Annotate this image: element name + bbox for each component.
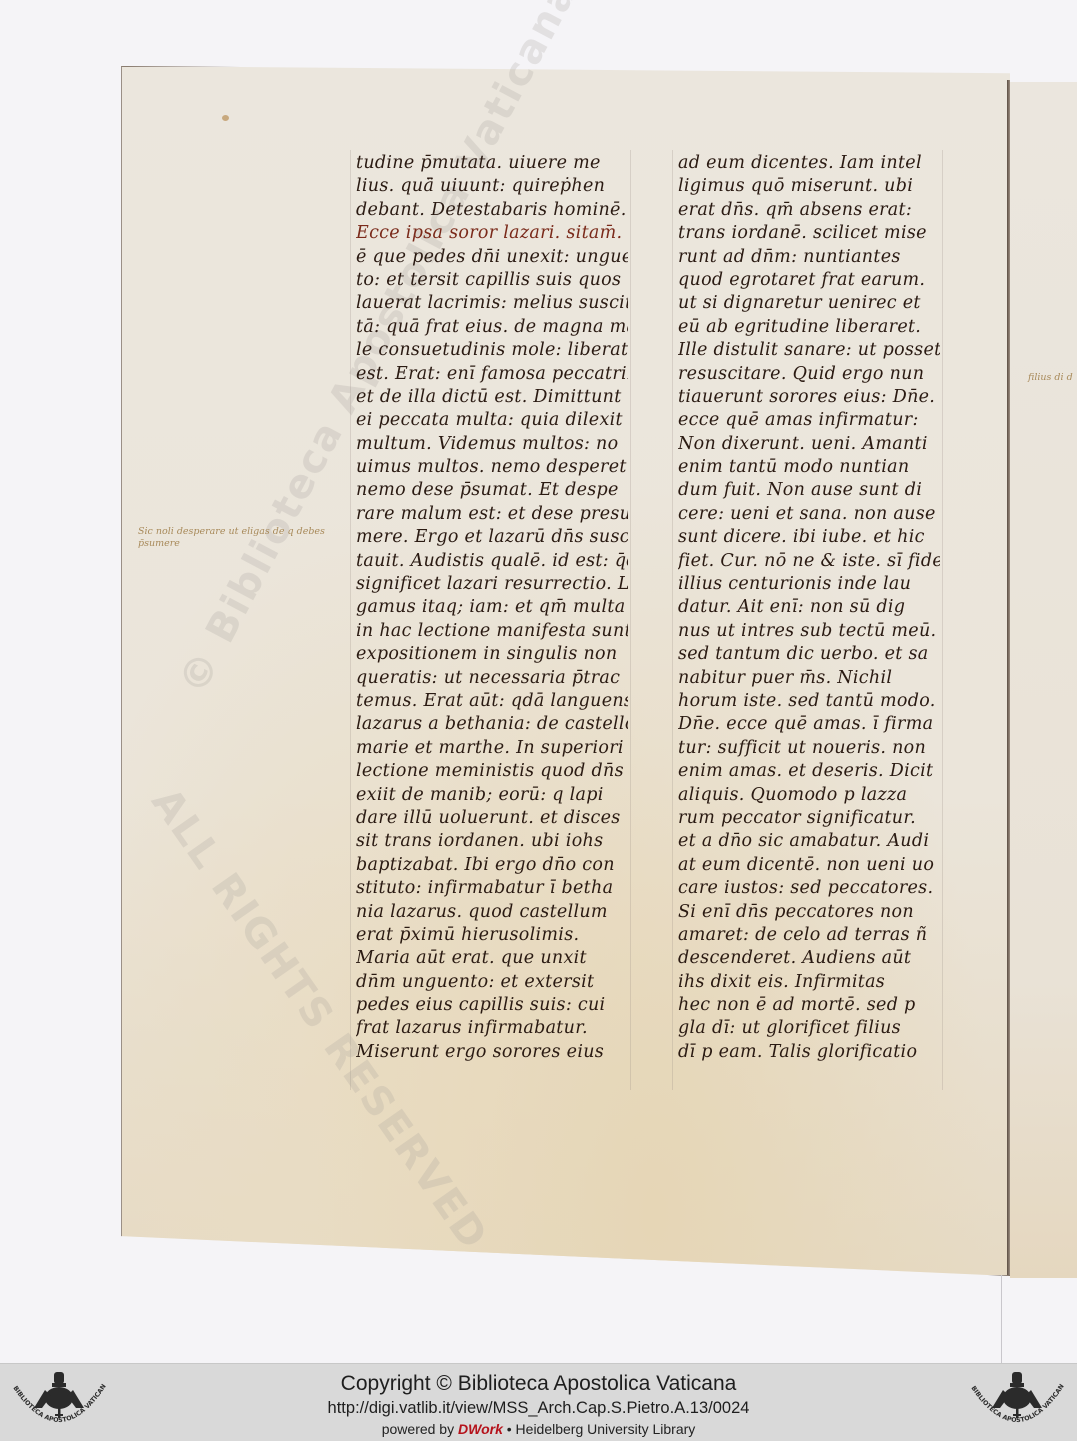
text-line: dī p eam. Talis glorificatio [678, 1041, 940, 1064]
text-line: baptizabat. Ibi ergo dn̄o con [356, 854, 628, 877]
vatican-library-logo-icon: BIBLIOTECA APOSTOLICA VATICANA [962, 1368, 1072, 1438]
text-line: sunt dicere. ibi iube. et hic [678, 526, 940, 549]
text-line: ut si dignaretur uenirec et [678, 292, 940, 315]
text-line: dare illū uoluerunt. et disces [356, 807, 628, 830]
text-line: expositionem in singulis non [356, 643, 628, 666]
text-line: in hac lectione manifesta sunt. [356, 620, 628, 643]
text-line: mere. Ergo et lazarū dn̄s susci [356, 526, 628, 549]
text-line: ligimus quō miserunt. ubi [678, 175, 940, 198]
manuscript-scan: © Biblioteca Apostolica Vaticana ALL RIG… [0, 0, 1077, 1363]
text-line: uimus multos. nemo desperet. [356, 456, 628, 479]
text-line: aliquis. Quomodo p lazza [678, 784, 940, 807]
binding-gutter [1007, 80, 1010, 1275]
text-line: fiet. Cur. nō ne & iste. sī fides [678, 550, 940, 573]
text-line: sit trans iordanen. ubi iohs [356, 830, 628, 853]
text-line: trans iordanē. scilicet mise [678, 222, 940, 245]
text-line: frat̄ lazarus infirmabatur. [356, 1017, 628, 1040]
text-line: Ille distulit sanare: ut posset [678, 339, 940, 362]
text-line: eū ab egritudine liberaret. [678, 316, 940, 339]
text-line: multum. Videmus multos: no [356, 433, 628, 456]
text-line: ē que pedes dn̄i unexit: unguen [356, 246, 628, 269]
text-line: rum peccator significatur. [678, 807, 940, 830]
text-line: queratis: ut necessaria p̄trac [356, 667, 628, 690]
text-line: et a dn̄o sic amabatur. Audi [678, 830, 940, 853]
text-line: horum iste. sed tantū modo. [678, 690, 940, 713]
text-line: resuscitare. Quid ergo nun [678, 363, 940, 386]
text-line: marie et marthe. In superiori [356, 737, 628, 760]
text-line: at eum dicentē. non ueni uo [678, 854, 940, 877]
text-line: ad eum dicentes. Iam intel [678, 152, 940, 175]
margin-note-left: Sic noli desperare ut eligas de q debes … [138, 526, 338, 550]
text-line: gamus itaq; iam: et qm̄ multa [356, 596, 628, 619]
text-line: pedes eius capillis suis: cui [356, 994, 628, 1017]
copyright-text: Copyright © Biblioteca Apostolica Vatica… [0, 1372, 1077, 1396]
powered-by-line: powered by DWork • Heidelberg University… [0, 1421, 1077, 1437]
text-line: tudine p̄mutata. uiuere me [356, 152, 628, 175]
text-line: lectione meministis quod dn̄s [356, 760, 628, 783]
text-line: rare malum est: et dese presu [356, 503, 628, 526]
text-line: amaret: de celo ad terras ñ [678, 924, 940, 947]
text-line: le consuetudinis mole: liberata [356, 339, 628, 362]
text-line: ei peccata multa: quia dilexit [356, 409, 628, 432]
text-line: ih̄s dixit eis. Infirmitas [678, 971, 940, 994]
fold-line [1001, 1275, 1002, 1363]
text-line: gl̄a dī: ut glorificet filius [678, 1017, 940, 1040]
text-line: hec non ē ad mortē. sed p [678, 994, 940, 1017]
text-column-right: ad eum dicentes. Iam intel ligimus quō m… [678, 152, 940, 1064]
text-line: nus ut intres sub tectū meū. [678, 620, 940, 643]
text-line: stituto: infirmabatur ī betha [356, 877, 628, 900]
text-line: descenderet. Audiens aūt [678, 947, 940, 970]
text-line: nia lazarus. quod castellum [356, 901, 628, 924]
text-line: et de illa dictū est. Dimittunt̄ [356, 386, 628, 409]
text-line: significet lazari resurrectio. Le [356, 573, 628, 596]
text-line: exiit de manib; eorū: q lapi [356, 784, 628, 807]
text-line: nemo dese p̄sumat. Et despe [356, 479, 628, 502]
text-line: erat p̄ximū hierusolimis. [356, 924, 628, 947]
text-line: lauerat lacrimis: melius suscita [356, 292, 628, 315]
copyright-footer: BIBLIOTECA APOSTOLICA VATICANA Copyright… [0, 1363, 1077, 1441]
ruling-line [350, 150, 351, 1090]
text-line: debant. Detestabaris hominē. [356, 199, 628, 222]
text-line: enim amas. et deseris. Dicit [678, 760, 940, 783]
text-line: to: et tersit capillis suis quos [356, 269, 628, 292]
text-line: est. Erat: enī famosa peccatrix. [356, 363, 628, 386]
margin-note-right: filius di d [1028, 372, 1077, 384]
text-line: Non dixerunt. ueni. Amanti [678, 433, 940, 456]
text-line: Ecce ipsa soror lazari. sitam̄. ipsa. [356, 222, 628, 245]
text-line: enim tantū modo nuntian [678, 456, 940, 479]
text-line: cere: ueni et sana. non ause [678, 503, 940, 526]
text-line: tā: quā frat̄ eius. de magna ma [356, 316, 628, 339]
text-line: sed tantum dic uerbo. et sa [678, 643, 940, 666]
ruling-line [630, 150, 631, 1090]
text-line: tur: sufficit ut noueris. non [678, 737, 940, 760]
text-column-left: tudine p̄mutata. uiuere me lius. quā̈ ui… [356, 152, 628, 1064]
text-line: tauit. Audistis qualē. id est: q̄d [356, 550, 628, 573]
text-line: tiauerunt sorores eius: Dn̄e. [678, 386, 940, 409]
text-line: quod egrotaret frat̄ earum. [678, 269, 940, 292]
ink-spot [222, 115, 229, 121]
powered-by-prefix: powered by [382, 1421, 454, 1437]
text-line: Si enī dn̄s peccatores non [678, 901, 940, 924]
text-line: temus. Erat aūt: qdā languens [356, 690, 628, 713]
heidelberg-credit: • Heidelberg University Library [507, 1421, 696, 1437]
text-line: dum fuit. Non ause sunt di [678, 479, 940, 502]
text-line: ecce quē amas infirmatur: [678, 409, 940, 432]
ruling-line [942, 150, 943, 1090]
text-line: erat dn̄s. qm̄ absens erat: [678, 199, 940, 222]
text-line: illius centurionis inde lau [678, 573, 940, 596]
text-line: Maria aūt erat. que unxit [356, 947, 628, 970]
text-line: runt ad dn̄m: nuntiantes [678, 246, 940, 269]
text-line: Dn̄e. ecce quē amas. ī firma [678, 713, 940, 736]
text-line: Miserunt ergo sorores eius [356, 1041, 628, 1064]
text-line: care iustos: sed peccatores. [678, 877, 940, 900]
ruling-line [672, 150, 673, 1090]
text-line: dn̄m unguento: et extersit [356, 971, 628, 994]
facing-page-edge [1010, 82, 1077, 1278]
text-line: lazarus a bethania: de castello [356, 713, 628, 736]
permalink-url[interactable]: http://digi.vatlib.it/view/MSS_Arch.Cap.… [0, 1399, 1077, 1418]
dwork-brand-link[interactable]: DWork [458, 1421, 503, 1437]
text-line: lius. quā̈ uiuunt: quireṗhen [356, 175, 628, 198]
text-line: datur. Ait enī: non sū dig [678, 596, 940, 619]
text-line: nabitur puer m̄s. Nichil [678, 667, 940, 690]
